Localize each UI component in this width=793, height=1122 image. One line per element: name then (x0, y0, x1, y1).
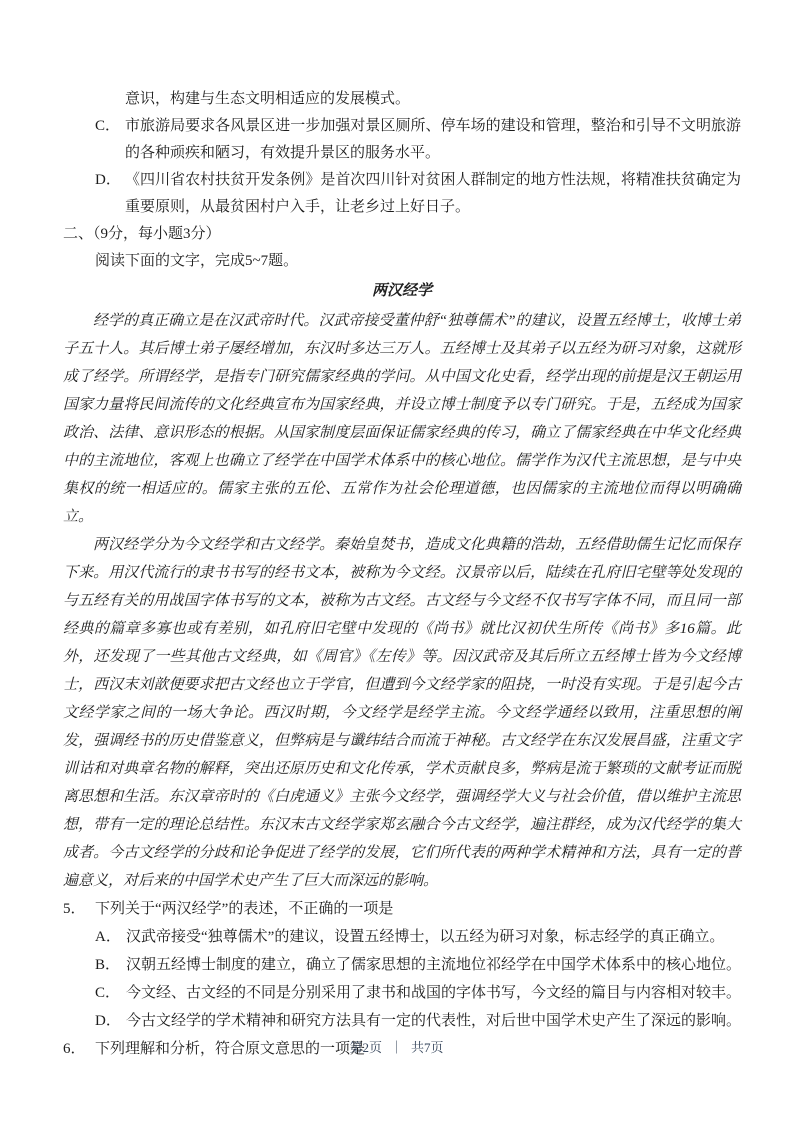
footer-page-total: 共7页 (411, 1040, 444, 1055)
prev-question-option-d: D．《四川省农村扶贫开发条例》是首次四川针对贫困人群制定的地方性法规，将精准扶贫… (63, 167, 741, 221)
question-5-option-a: A．汉武帝接受“独尊儒术”的建议，设置五经博士，以五经为研习对象，标志经学的真正… (95, 923, 741, 951)
option-text: 市旅游局要求各风景区进一步加强对景区厕所、停车场的建设和管理，整治和引导不文明旅… (125, 118, 741, 161)
option-text: 今古文经学的学术精神和研究方法具有一定的代表性，对后世中国学术史产生了深远的影响… (126, 1013, 741, 1029)
option-label: C． (95, 979, 126, 1007)
option-label: D． (95, 167, 125, 194)
question-5: 5．下列关于“两汉经学”的表述，不正确的一项是 (63, 895, 741, 923)
reading-instruction: 阅读下面的文字，完成5~7题。 (63, 248, 741, 275)
option-label: A． (95, 923, 126, 951)
passage-title: 两汉经学 (63, 277, 741, 306)
carryover-line: 意识，构建与生态文明相适应的发展模式。 (63, 86, 741, 113)
option-label: C． (95, 113, 125, 140)
option-text: 《四川省农村扶贫开发条例》是首次四川针对贫困人群制定的地方性法规，将精准扶贫确定… (125, 172, 741, 215)
option-text: 汉武帝接受“独尊儒术”的建议，设置五经博士，以五经为研习对象，标志经学的真正确立… (126, 929, 724, 945)
question-stem: 下列关于“两汉经学”的表述，不正确的一项是 (95, 901, 393, 917)
question-5-option-c: C．今文经、古文经的不同是分别采用了隶书和战国的字体书写，今文经的篇目与内容相对… (95, 979, 741, 1007)
option-label: D． (95, 1007, 126, 1035)
page-footer: 第2页｜共7页 (0, 1038, 793, 1058)
exam-page: 意识，构建与生态文明相适应的发展模式。 C．市旅游局要求各风景区进一步加强对景区… (0, 0, 793, 1122)
question-5-option-b: B．汉朝五经博士制度的建立，确立了儒家思想的主流地位祁经学在中国学术体系中的核心… (95, 951, 741, 979)
section-heading: 二、（9分，每小题3分） (63, 221, 741, 248)
option-text: 汉朝五经博士制度的建立，确立了儒家思想的主流地位祁经学在中国学术体系中的核心地位… (126, 957, 741, 973)
question-number: 5． (63, 895, 95, 923)
passage-paragraph-2: 两汉经学分为今文经学和古文经学。秦始皇焚书，造成文化典籍的浩劫，五经借助儒生记忆… (63, 531, 741, 895)
option-text: 今文经、古文经的不同是分别采用了隶书和战国的字体书写，今文经的篇目与内容相对较丰… (126, 985, 741, 1001)
passage-paragraph-1: 经学的真正确立是在汉武帝时代。汉武帝接受董仲舒“独尊儒术”的建议，设置五经博士，… (63, 307, 741, 531)
prev-question-option-c: C．市旅游局要求各风景区进一步加强对景区厕所、停车场的建设和管理，整治和引导不文… (63, 113, 741, 167)
footer-separator: ｜ (390, 1040, 403, 1055)
question-5-option-d: D．今古文经学的学术精神和研究方法具有一定的代表性，对后世中国学术史产生了深远的… (95, 1007, 741, 1035)
footer-page-number: 第2页 (349, 1040, 382, 1055)
option-label: B． (95, 951, 126, 979)
